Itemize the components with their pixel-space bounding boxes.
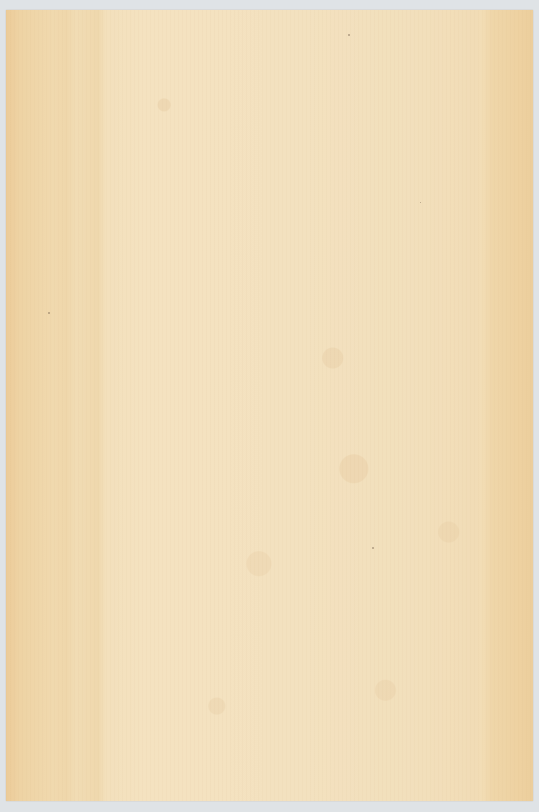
paper-speck bbox=[348, 34, 350, 36]
paper-speck bbox=[420, 202, 421, 203]
paper-speck bbox=[372, 547, 374, 549]
blank-paper-page bbox=[6, 10, 533, 801]
paper-speck bbox=[48, 312, 50, 314]
